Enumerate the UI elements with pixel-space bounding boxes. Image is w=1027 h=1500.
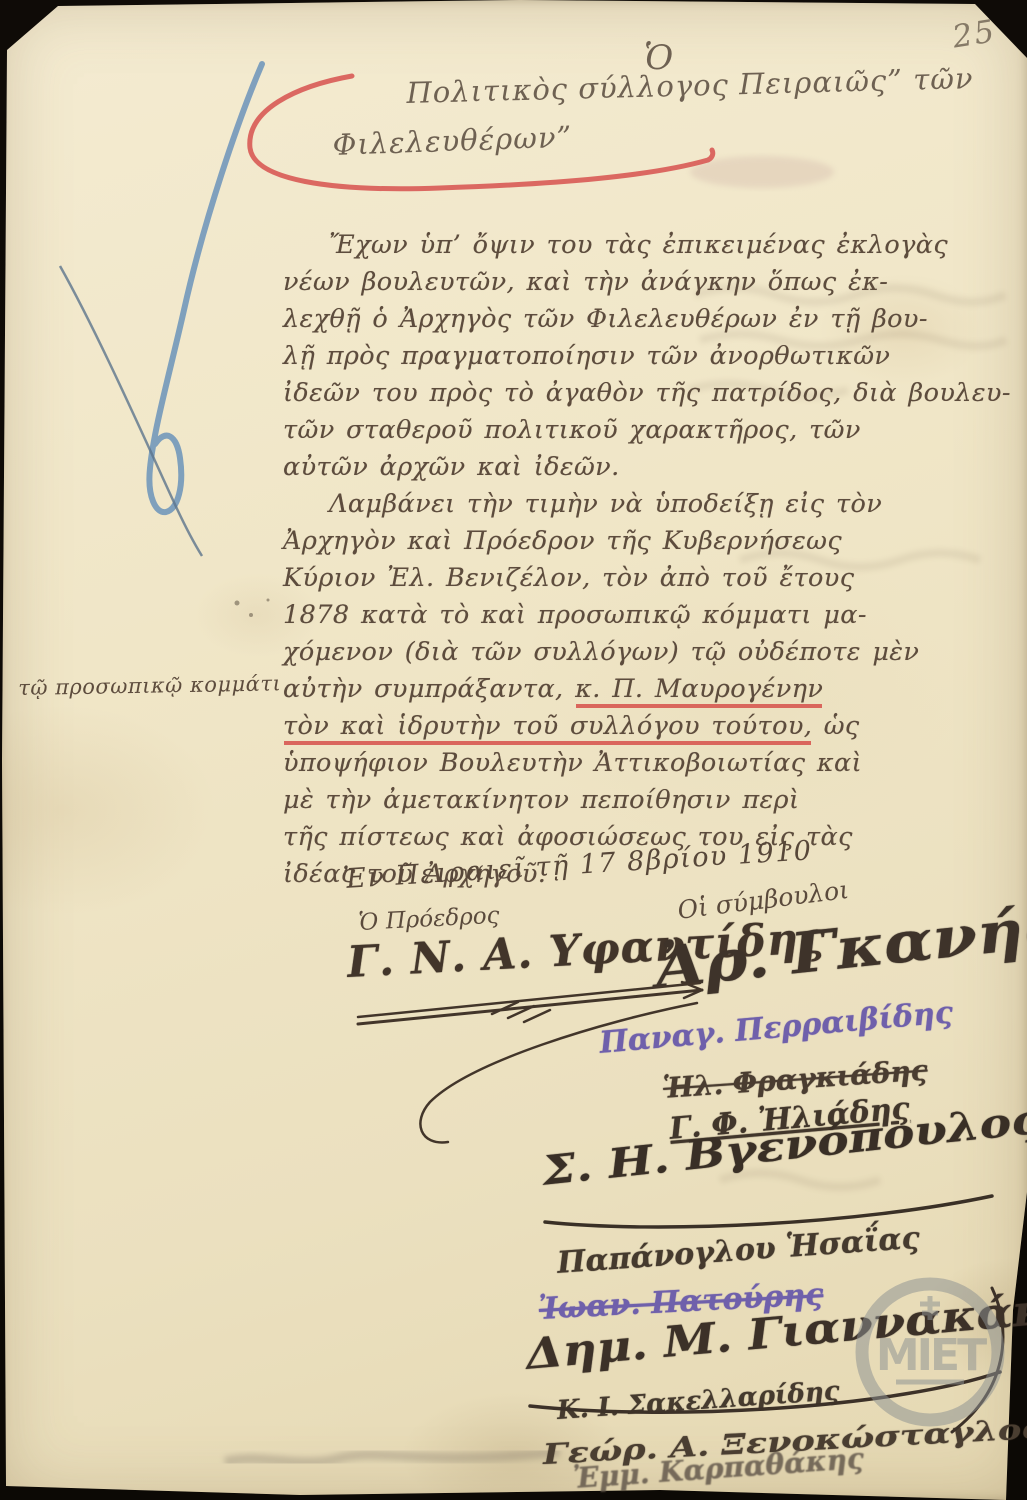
- body-line: χόμενον (διὰ τῶν συλλόγων) τῷ οὐδέποτε μ…: [283, 637, 1023, 674]
- body-line: λεχθῇ ὁ Ἀρχηγὸς τῶν Φιλελευθέρων ἐν τῇ β…: [283, 304, 1023, 341]
- watermark-cross: [920, 1296, 940, 1320]
- body-line: τῶν σταθεροῦ πολιτικοῦ χαρακτῆρος, τῶν: [283, 415, 1023, 452]
- line-text: χόμενον (διὰ τῶν συλλόγων) τῷ οὐδέποτε μ…: [283, 637, 919, 667]
- line-text: λεχθῇ ὁ Ἀρχηγὸς τῶν Φιλελευθέρων ἐν τῇ β…: [283, 304, 928, 334]
- line-text: μὲ τὴν ἀμετακίνητον πεποίθησιν περὶ: [283, 785, 799, 815]
- line-text: τῶν σταθεροῦ πολιτικοῦ χαρακτῆρος, τῶν: [283, 415, 861, 445]
- body-line: λῇ πρὸς πραγματοποίησιν τῶν ἀνορθωτικῶν: [283, 341, 1023, 378]
- red-underlined-name: κ. Π. Μαυρογένην: [575, 674, 823, 704]
- letter-body: Ἔχων ὑπ’ ὄψιν του τὰς ἐπικειμένας ἐκλογὰ…: [283, 230, 1023, 896]
- photographed-document: 25 Ὁ Πολιτικὸς σύλλογος Πειραιῶς” τῶν Φι…: [0, 0, 1027, 1500]
- miet-watermark-logo: ΜΙΕΤ: [850, 1272, 1010, 1432]
- line-text: λῇ πρὸς πραγματοποίησιν τῶν ἀνορθωτικῶν: [283, 341, 890, 371]
- body-line: τὸν καὶ ἱδρυτὴν τοῦ συλλόγου τούτου, ὡς: [283, 711, 1023, 748]
- line-text: 1878 κατὰ τὸ καὶ προσωπικῷ κόμματι μα-: [283, 600, 867, 630]
- line-text: ὡς: [812, 711, 859, 741]
- watermark-letters: ΜΙΕΤ: [876, 1330, 987, 1381]
- line-text: νέων βουλευτῶν, καὶ τὴν ἀνάγκην ὅπως ἐκ-: [283, 267, 888, 297]
- line-text: αὐτῶν ἀρχῶν καὶ ἰδεῶν.: [283, 452, 620, 482]
- body-line: μὲ τὴν ἀμετακίνητον πεποίθησιν περὶ: [283, 785, 1023, 822]
- line-text: Κύριον Ἐλ. Βενιζέλον, τὸν ἀπὸ τοῦ ἔτους: [283, 563, 854, 593]
- body-line: Ἔχων ὑπ’ ὄψιν του τὰς ἐπικειμένας ἐκλογὰ…: [283, 230, 1023, 267]
- line-text: Ἀρχηγὸν καὶ Πρόεδρον τῆς Κυβερνήσεως: [283, 526, 842, 556]
- body-line: Λαμβάνει τὴν τιμὴν νὰ ὑποδείξῃ εἰς τὸν: [283, 489, 1023, 526]
- body-line: ὑποψήφιον Βουλευτὴν Ἀττικοβοιωτίας καὶ: [283, 748, 1023, 785]
- line-text: αὐτὴν συμπράξαντα,: [283, 674, 575, 704]
- body-line: αὐτὴν συμπράξαντα, κ. Π. Μαυρογένην: [283, 674, 1023, 711]
- line-text: ὑποψήφιον Βουλευτὴν Ἀττικοβοιωτίας καὶ: [283, 748, 862, 778]
- body-line: αὐτῶν ἀρχῶν καὶ ἰδεῶν.: [283, 452, 1023, 489]
- line-text: ἰδεῶν του πρὸς τὸ ἀγαθὸν τῆς πατρίδος, δ…: [283, 378, 1011, 408]
- line-text: Ἔχων ὑπ’ ὄψιν του τὰς ἐπικειμένας ἐκλογὰ…: [329, 230, 948, 260]
- body-line: Κύριον Ἐλ. Βενιζέλον, τὸν ἀπὸ τοῦ ἔτους: [283, 563, 1023, 600]
- body-line: ἰδεῶν του πρὸς τὸ ἀγαθὸν τῆς πατρίδος, δ…: [283, 378, 1023, 415]
- page-number: 25: [950, 13, 999, 55]
- body-line: νέων βουλευτῶν, καὶ τὴν ἀνάγκην ὅπως ἐκ-: [283, 267, 1023, 304]
- margin-correction-note: τῷ προσωπικῷ κομμάτι: [18, 671, 281, 700]
- body-line: 1878 κατὰ τὸ καὶ προσωπικῷ κόμματι μα-: [283, 600, 1023, 637]
- line-text: Λαμβάνει τὴν τιμὴν νὰ ὑποδείξῃ εἰς τὸν: [329, 489, 882, 519]
- red-underlined-phrase: τὸν καὶ ἱδρυτὴν τοῦ συλλόγου τούτου,: [283, 711, 812, 741]
- body-line: Ἀρχηγὸν καὶ Πρόεδρον τῆς Κυβερνήσεως: [283, 526, 1023, 563]
